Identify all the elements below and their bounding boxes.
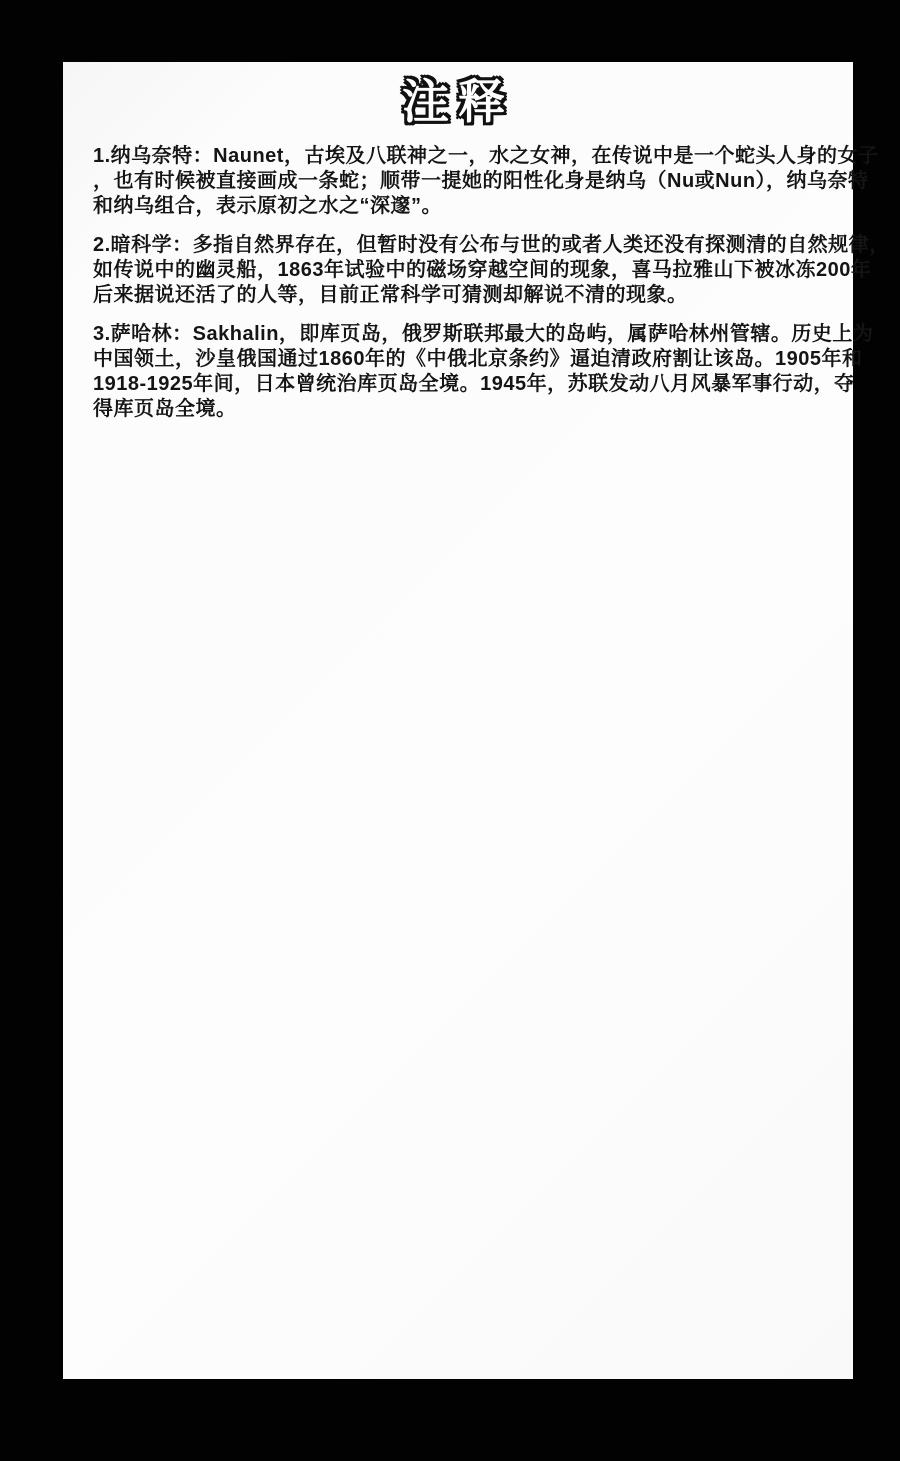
note-3-line-2: 中国领土，沙皇俄国通过1860年的《中俄北京条约》逼迫清政府割让该岛。1905年… bbox=[93, 347, 835, 372]
note-2-line-1: 2.暗科学：多指自然界存在，但暂时没有公布与世的或者人类还没有探测清的自然规律， bbox=[93, 233, 835, 258]
notes-list: 1.纳乌奈特：Naunet，古埃及八联神之一，水之女神，在传说中是一个蛇头人身的… bbox=[63, 144, 853, 422]
note-3-line-1: 3.萨哈林：Sakhalin，即库页岛，俄罗斯联邦最大的岛屿，属萨哈林州管辖。历… bbox=[93, 322, 835, 347]
note-1-line-2: ，也有时候被直接画成一条蛇；顺带一提她的阳性化身是纳乌（Nu或Nun），纳乌奈特 bbox=[93, 169, 835, 194]
note-2-line-2: 如传说中的幽灵船，1863年试验中的磁场穿越空间的现象，喜马拉雅山下被冰冻200… bbox=[93, 258, 835, 283]
note-2-line-3: 后来据说还活了的人等，目前正常科学可猜测却解说不清的现象。 bbox=[93, 283, 835, 308]
page-title: 注释 bbox=[63, 74, 853, 130]
note-item-2: 2.暗科学：多指自然界存在，但暂时没有公布与世的或者人类还没有探测清的自然规律，… bbox=[93, 233, 835, 308]
notes-page: 注释 1.纳乌奈特：Naunet，古埃及八联神之一，水之女神，在传说中是一个蛇头… bbox=[63, 62, 853, 1379]
note-1-line-1: 1.纳乌奈特：Naunet，古埃及八联神之一，水之女神，在传说中是一个蛇头人身的… bbox=[93, 144, 835, 169]
note-item-1: 1.纳乌奈特：Naunet，古埃及八联神之一，水之女神，在传说中是一个蛇头人身的… bbox=[93, 144, 835, 219]
note-3-line-4: 得库页岛全境。 bbox=[93, 397, 835, 422]
note-item-3: 3.萨哈林：Sakhalin，即库页岛，俄罗斯联邦最大的岛屿，属萨哈林州管辖。历… bbox=[93, 322, 835, 422]
note-1-line-3: 和纳乌组合，表示原初之水之“深邃”。 bbox=[93, 194, 835, 219]
note-3-line-3: 1918-1925年间，日本曾统治库页岛全境。1945年，苏联发动八月风暴军事行… bbox=[93, 372, 835, 397]
black-scan-background: 注释 1.纳乌奈特：Naunet，古埃及八联神之一，水之女神，在传说中是一个蛇头… bbox=[0, 0, 900, 1461]
